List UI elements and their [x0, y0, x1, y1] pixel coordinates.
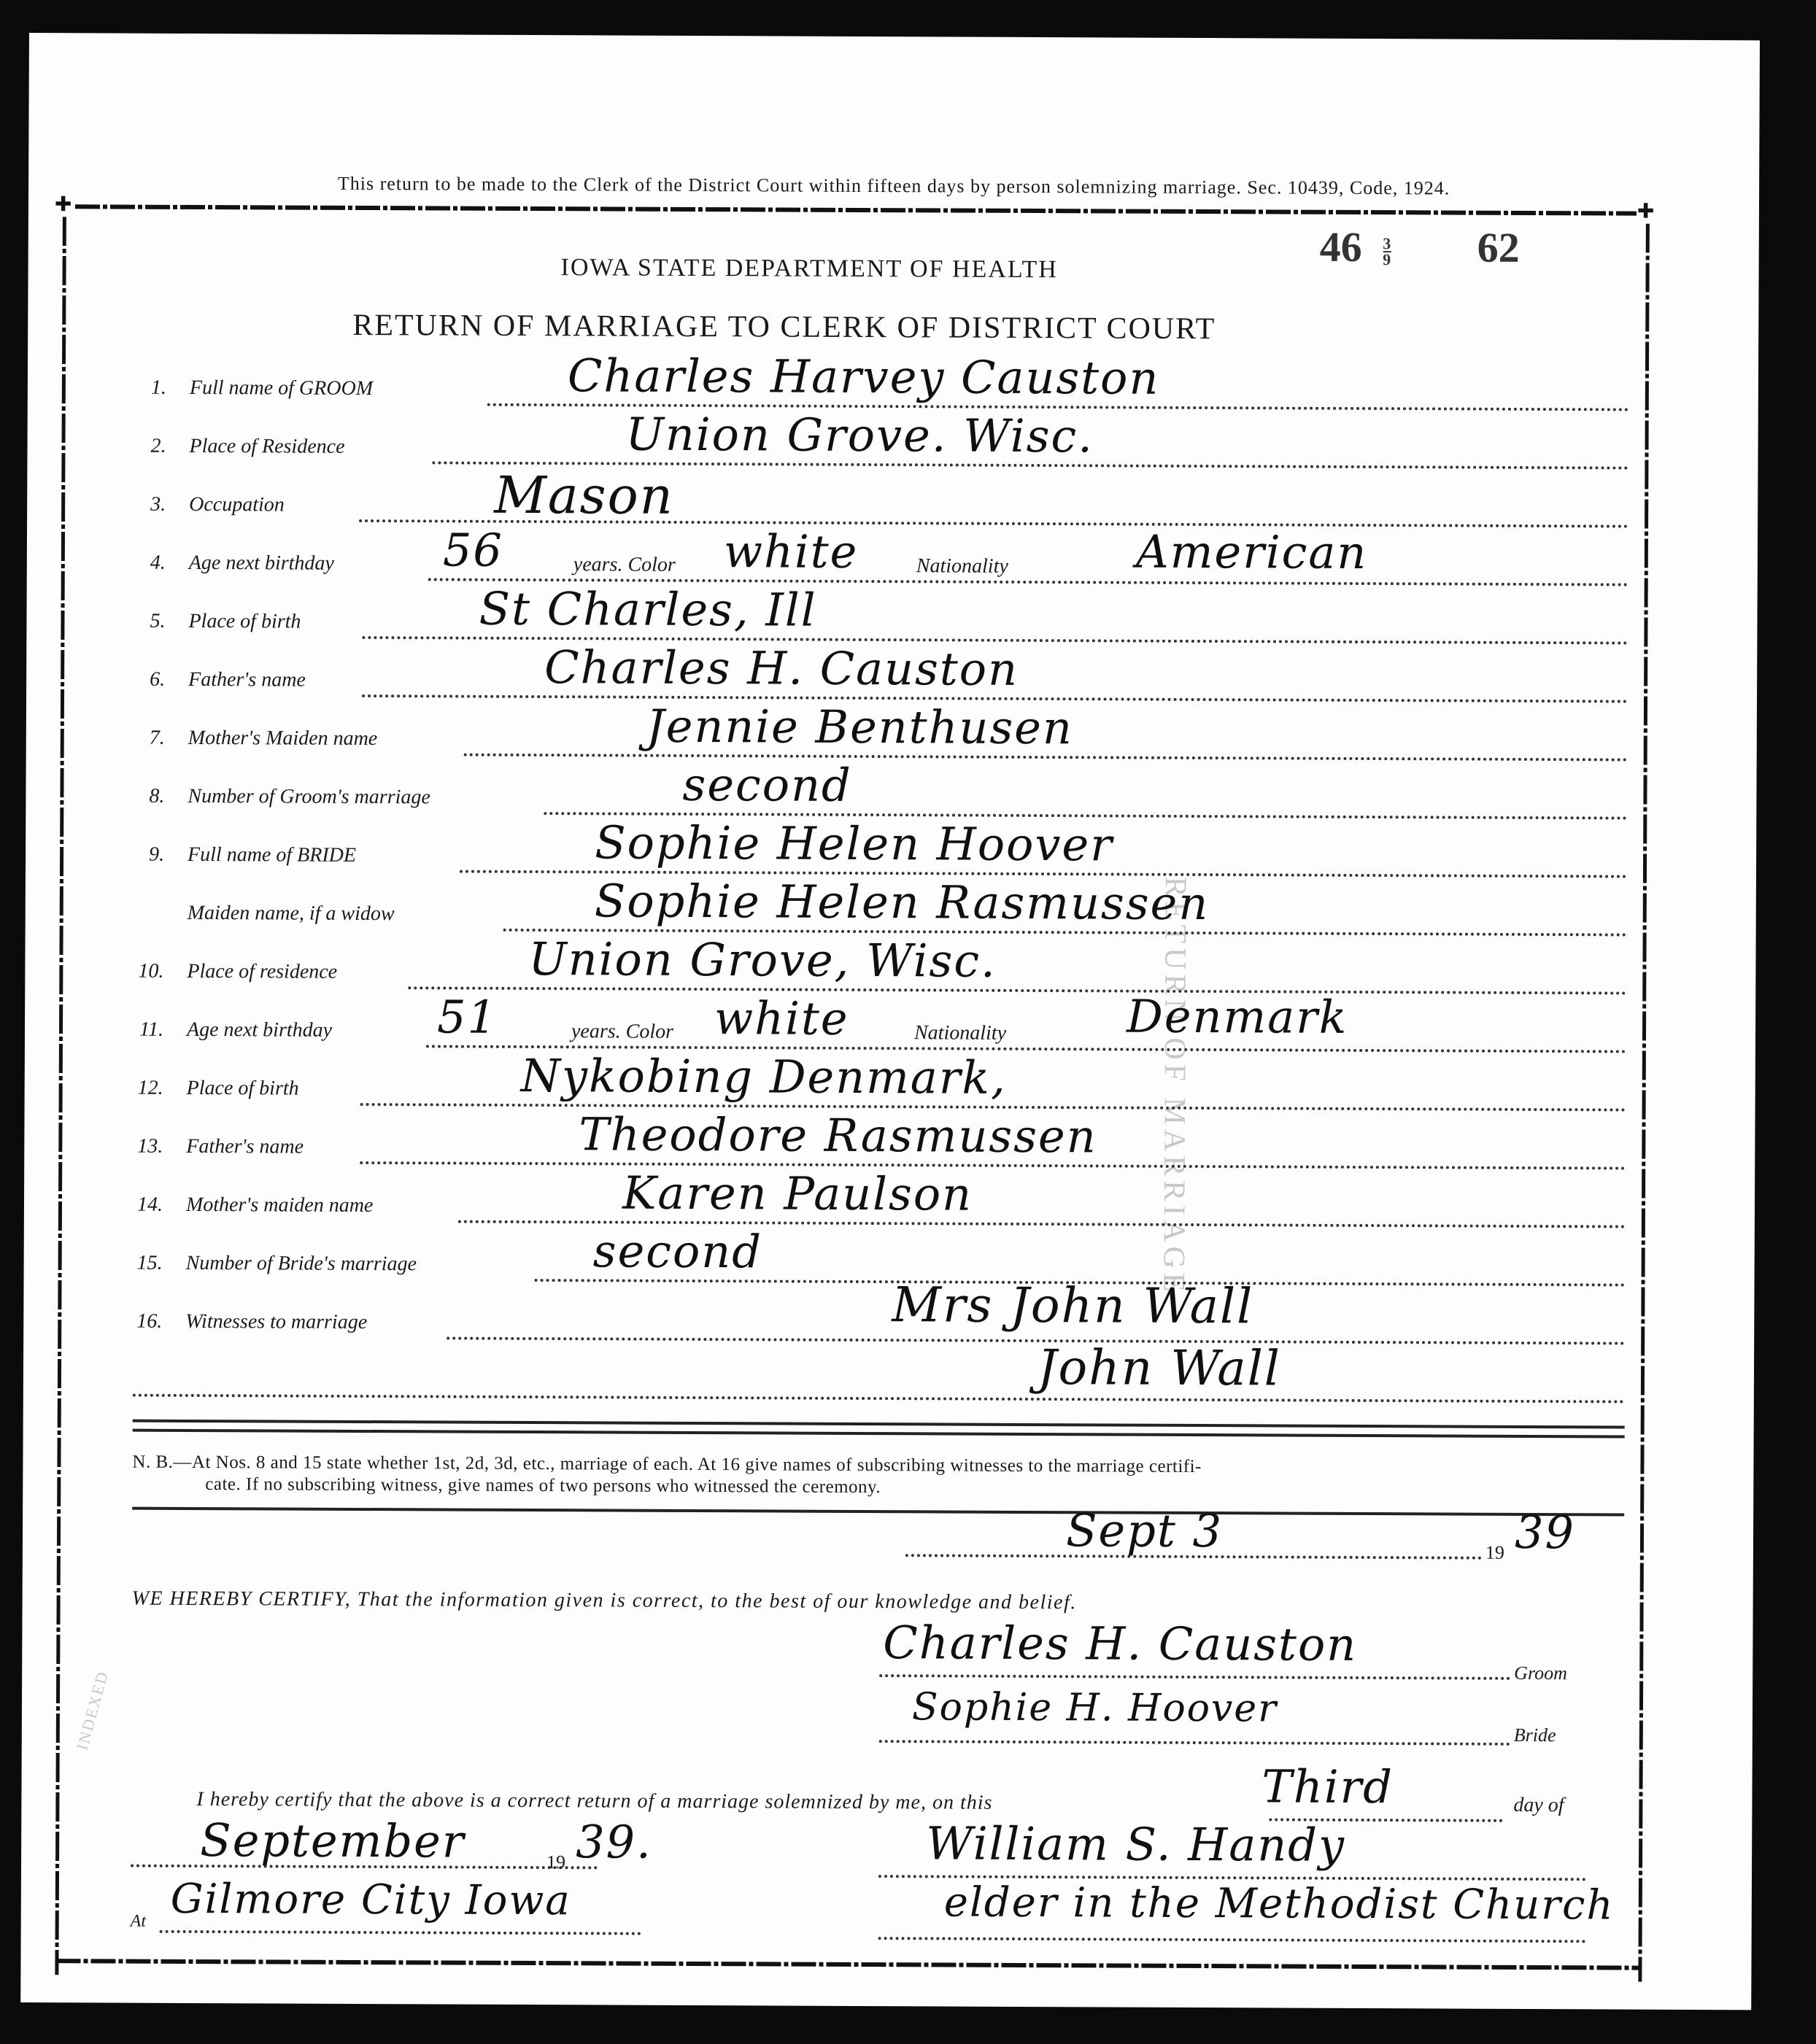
officiant-title-line: [878, 1937, 1586, 1943]
groom-occupation-value: Mason: [494, 465, 674, 526]
field-row-groom-age: 4.Age next birthday: [122, 551, 334, 576]
officiant-year-value: 39.: [576, 1815, 652, 1868]
year-prefix: 19: [1485, 1542, 1504, 1564]
groom-label: Groom: [1514, 1662, 1567, 1684]
border-corner-top-right-icon: ✚: [1637, 202, 1655, 222]
row-number: 1.: [123, 376, 166, 400]
divider: [132, 1507, 1624, 1517]
year-value: 39: [1515, 1506, 1575, 1559]
field-row-groom-father: 6.Father's name: [121, 668, 306, 692]
field-row-witnesses: 16.Witnesses to marriage: [118, 1310, 367, 1334]
field-label: Father's name: [188, 668, 306, 692]
bride-age-value: 51: [437, 990, 498, 1043]
field-label: Witnesses to marriage: [185, 1310, 367, 1333]
bride-marriage-number-value: second: [593, 1224, 763, 1278]
field-row-groom-occupation: 3.Occupation: [122, 493, 285, 517]
field-label: Age next birthday: [187, 1018, 332, 1042]
field-line: [464, 754, 1628, 762]
nationality-label: Nationality: [911, 1021, 1009, 1045]
day-of-label: day of: [1513, 1794, 1564, 1817]
groom-residence-value: Union Grove. Wisc.: [625, 408, 1094, 463]
field-row-bride-age: 11.Age next birthday: [120, 1018, 332, 1042]
field-row-bride-marriage-number: 15.Number of Bride's marriage: [119, 1252, 417, 1277]
ornamental-border-left: [55, 217, 66, 1975]
day-value: Third: [1261, 1760, 1394, 1813]
bride-maiden-name-value: Sophie Helen Rasmussen: [595, 874, 1210, 930]
field-line: [408, 986, 1626, 994]
bride-birthplace-value: Nykobing Denmark,: [521, 1049, 1007, 1104]
date-value: Sept 3: [1066, 1503, 1223, 1557]
witness-2-value: John Wall: [1038, 1339, 1281, 1396]
groom-mother-value: Jennie Benthusen: [646, 700, 1073, 755]
ornamental-border-bottom: [55, 1959, 1640, 1970]
month-value: September: [200, 1813, 465, 1868]
field-row-groom-name: 1.Full name of GROOM: [123, 376, 373, 400]
place-value: Gilmore City Iowa: [171, 1875, 571, 1924]
color-label: years. Color: [568, 1020, 676, 1044]
field-line: [133, 1394, 1625, 1404]
form-number-fraction: 3 9: [1383, 236, 1391, 267]
divider: [133, 1420, 1625, 1429]
ornamental-border-right: [1638, 224, 1650, 1982]
field-row-bride-name: 9.Full name of BRIDE: [120, 843, 356, 867]
field-row-bride-father: 13.Father's name: [119, 1135, 304, 1159]
officiant-year-prefix: 19: [546, 1851, 565, 1873]
groom-color-value: white: [724, 524, 859, 578]
bride-name-value: Sophie Helen Hoover: [595, 816, 1113, 871]
field-row-groom-residence: 2.Place of Residence: [122, 435, 344, 459]
document-page: This return to be made to the Clerk of t…: [20, 33, 1760, 2010]
row-number: 12.: [120, 1077, 163, 1100]
field-label: Father's name: [186, 1135, 304, 1158]
field-label: Place of residence: [187, 960, 337, 983]
field-label: Place of birth: [188, 610, 301, 633]
field-label: Place of Residence: [189, 435, 344, 458]
field-label: Mother's maiden name: [186, 1193, 374, 1217]
instruction-note: N. B.—At Nos. 8 and 15 state whether 1st…: [132, 1452, 1628, 1501]
row-number: 16.: [118, 1310, 162, 1333]
row-number: 3.: [122, 493, 166, 516]
groom-signature: Charles H. Causton: [883, 1616, 1357, 1671]
groom-name-value: Charles Harvey Causton: [568, 349, 1160, 405]
bride-residence-value: Union Grove, Wisc.: [528, 932, 997, 988]
form-number: 46 3 9 62: [1320, 222, 1520, 272]
field-label: Full name of BRIDE: [188, 843, 356, 867]
field-label: Maiden name, if a widow: [188, 902, 395, 925]
bride-label: Bride: [1514, 1724, 1556, 1746]
bride-signature-line: [879, 1740, 1510, 1746]
row-number: 15.: [119, 1252, 163, 1275]
nationality-label: Nationality: [913, 554, 1011, 578]
indexed-stamp: INDEXED: [73, 1668, 112, 1752]
field-label: Place of birth: [187, 1077, 299, 1100]
field-row-bride-residence: 10.Place of residence: [120, 960, 337, 984]
witness-1-value: Mrs John Wall: [892, 1277, 1253, 1334]
groom-age-value: 56: [443, 523, 503, 576]
field-row-bride-maiden-name: Maiden name, if a widow: [120, 902, 395, 926]
border-corner-top-left-icon: ✚: [55, 195, 72, 215]
row-number: 14.: [119, 1193, 163, 1217]
bride-nationality-value: Denmark: [1127, 990, 1348, 1044]
row-number: 8.: [120, 785, 164, 808]
row-number: 10.: [120, 960, 163, 983]
row-number: 6.: [121, 668, 165, 692]
field-label: Occupation: [189, 493, 285, 516]
agency-heading: IOWA STATE DEPARTMENT OF HEALTH: [561, 254, 1058, 284]
field-label: Full name of GROOM: [190, 376, 373, 400]
field-label: Number of Groom's marriage: [188, 785, 430, 808]
form-number-left: 46: [1320, 223, 1362, 271]
row-number: 2.: [122, 435, 166, 458]
officiant-title-value: elder in the Methodist Church: [944, 1878, 1615, 1929]
field-row-groom-marriage-number: 8.Number of Groom's marriage: [120, 785, 430, 810]
groom-nationality-value: American: [1136, 525, 1368, 579]
certify-statement: WE HEREBY CERTIFY, That the information …: [132, 1587, 1077, 1615]
officiant-statement: I hereby certify that the above is a cor…: [196, 1788, 992, 1815]
row-number: 5.: [121, 610, 165, 633]
bride-color-value: white: [714, 991, 849, 1045]
bride-signature: Sophie H. Hoover: [912, 1685, 1278, 1730]
place-line: [160, 1930, 641, 1935]
row-number: 11.: [120, 1018, 163, 1042]
field-row-groom-mother: 7.Mother's Maiden name: [121, 727, 378, 751]
row-number: 9.: [120, 843, 164, 867]
field-row-bride-mother: 14.Mother's maiden name: [119, 1193, 374, 1218]
field-row-bride-birthplace: 12.Place of birth: [120, 1077, 299, 1101]
filing-instruction: This return to be made to the Clerk of t…: [28, 171, 1759, 201]
groom-father-value: Charles H. Causton: [544, 640, 1019, 696]
watermark: RETURN OF MARRIAGE: [1156, 877, 1193, 1296]
field-row-groom-birthplace: 5.Place of birth: [121, 610, 301, 634]
at-label: At: [131, 1912, 146, 1932]
groom-signature-line: [879, 1674, 1510, 1680]
row-number: 13.: [119, 1135, 163, 1158]
field-line: [447, 1337, 1625, 1345]
form-title: RETURN OF MARRIAGE TO CLERK OF DISTRICT …: [352, 308, 1216, 347]
row-number: 7.: [121, 727, 165, 750]
color-label: years. Color: [571, 553, 679, 577]
bride-mother-value: Karen Paulson: [622, 1166, 973, 1221]
divider: [133, 1429, 1625, 1439]
bride-father-value: Theodore Rasmussen: [579, 1107, 1097, 1163]
field-label: Age next birthday: [189, 551, 334, 575]
form-number-right: 62: [1477, 224, 1520, 271]
field-label: Number of Bride's marriage: [186, 1252, 417, 1275]
fraction-bottom: 9: [1383, 252, 1391, 267]
groom-birthplace-value: St Charles, Ill: [479, 582, 816, 637]
ornamental-border-top: [75, 204, 1637, 215]
officiant-signature: William S. Handy: [926, 1816, 1345, 1872]
row-number: 4.: [122, 551, 166, 575]
field-label: Mother's Maiden name: [188, 727, 378, 750]
groom-marriage-number-value: second: [682, 758, 852, 812]
